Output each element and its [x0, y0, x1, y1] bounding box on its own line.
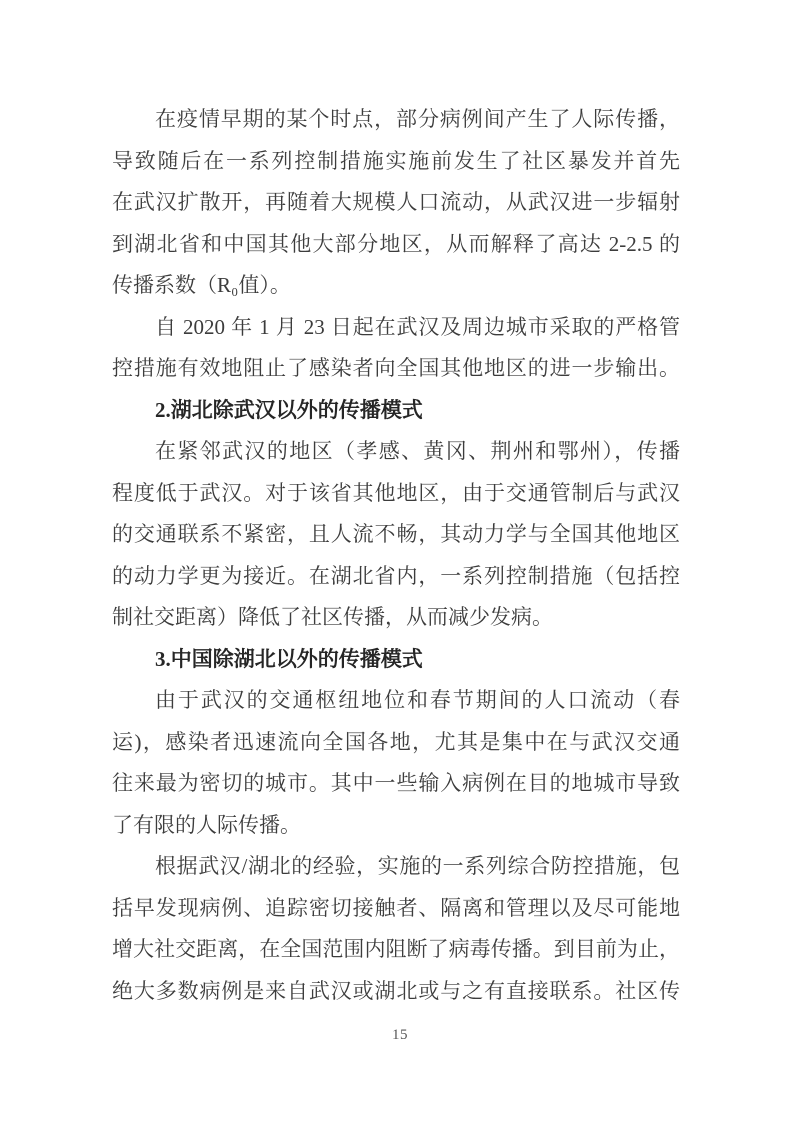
text-line: 在紧邻武汉的地区（孝感、黄冈、荆州和鄂州），传播 [112, 431, 680, 473]
document-page: 在疫情早期的某个时点，部分病例间产生了人际传播，导致随后在一系列控制措施实施前发… [0, 0, 800, 1131]
paragraph: 根据武汉/湖北的经验，实施的一系列综合防控措施，包括早发现病例、追踪密切接触者、… [112, 846, 680, 1012]
text-line: 括早发现病例、追踪密切接触者、隔离和管理以及尽可能地 [112, 888, 680, 930]
text-line: 到湖北省和中国其他大部分地区，从而解释了高达 2-2.5 的 [112, 224, 680, 266]
text-line: 增大社交距离，在全国范围内阻断了病毒传播。到目前为止， [112, 929, 680, 971]
heading-line: 3.中国除湖北以外的传播模式 [112, 639, 680, 681]
text-line: 运)，感染者迅速流向全国各地，尤其是集中在与武汉交通 [112, 722, 680, 764]
text-line: 控措施有效地阻止了感染者向全国其他地区的进一步输出。 [112, 348, 680, 390]
text-line: 导致随后在一系列控制措施实施前发生了社区暴发并首先 [112, 141, 680, 183]
text-line: 根据武汉/湖北的经验，实施的一系列综合防控措施，包 [112, 846, 680, 888]
text-line: 在疫情早期的某个时点，部分病例间产生了人际传播， [112, 99, 680, 141]
text-line: 了有限的人际传播。 [112, 805, 680, 847]
text-line: 的动力学更为接近。在湖北省内，一系列控制措施（包括控 [112, 556, 680, 598]
heading-line: 2.湖北除武汉以外的传播模式 [112, 390, 680, 432]
page-number: 15 [0, 1026, 800, 1044]
paragraph: 由于武汉的交通枢纽地位和春节期间的人口流动（春运)，感染者迅速流向全国各地，尤其… [112, 680, 680, 846]
section-heading: 3.中国除湖北以外的传播模式 [112, 639, 680, 681]
text-line: 制社交距离）降低了社区传播，从而减少发病。 [112, 597, 680, 639]
section-heading: 2.湖北除武汉以外的传播模式 [112, 390, 680, 432]
text-line: 由于武汉的交通枢纽地位和春节期间的人口流动（春 [112, 680, 680, 722]
paragraph: 在疫情早期的某个时点，部分病例间产生了人际传播，导致随后在一系列控制措施实施前发… [112, 99, 680, 307]
text-line: 在武汉扩散开，再随着大规模人口流动，从武汉进一步辐射 [112, 182, 680, 224]
text-line: 往来最为密切的城市。其中一些输入病例在目的地城市导致 [112, 763, 680, 805]
text-line: 程度低于武汉。对于该省其他地区，由于交通管制后与武汉 [112, 473, 680, 515]
document-body: 在疫情早期的某个时点，部分病例间产生了人际传播，导致随后在一系列控制措施实施前发… [112, 99, 680, 1012]
text-line: 传播系数（R₀值）。 [112, 265, 680, 307]
text-line: 自 2020 年 1 月 23 日起在武汉及周边城市采取的严格管 [112, 307, 680, 349]
paragraph: 自 2020 年 1 月 23 日起在武汉及周边城市采取的严格管控措施有效地阻止… [112, 307, 680, 390]
text-line: 绝大多数病例是来自武汉或湖北或与之有直接联系。社区传 [112, 971, 680, 1013]
text-line: 的交通联系不紧密，且人流不畅，其动力学与全国其他地区 [112, 514, 680, 556]
paragraph: 在紧邻武汉的地区（孝感、黄冈、荆州和鄂州），传播程度低于武汉。对于该省其他地区，… [112, 431, 680, 639]
